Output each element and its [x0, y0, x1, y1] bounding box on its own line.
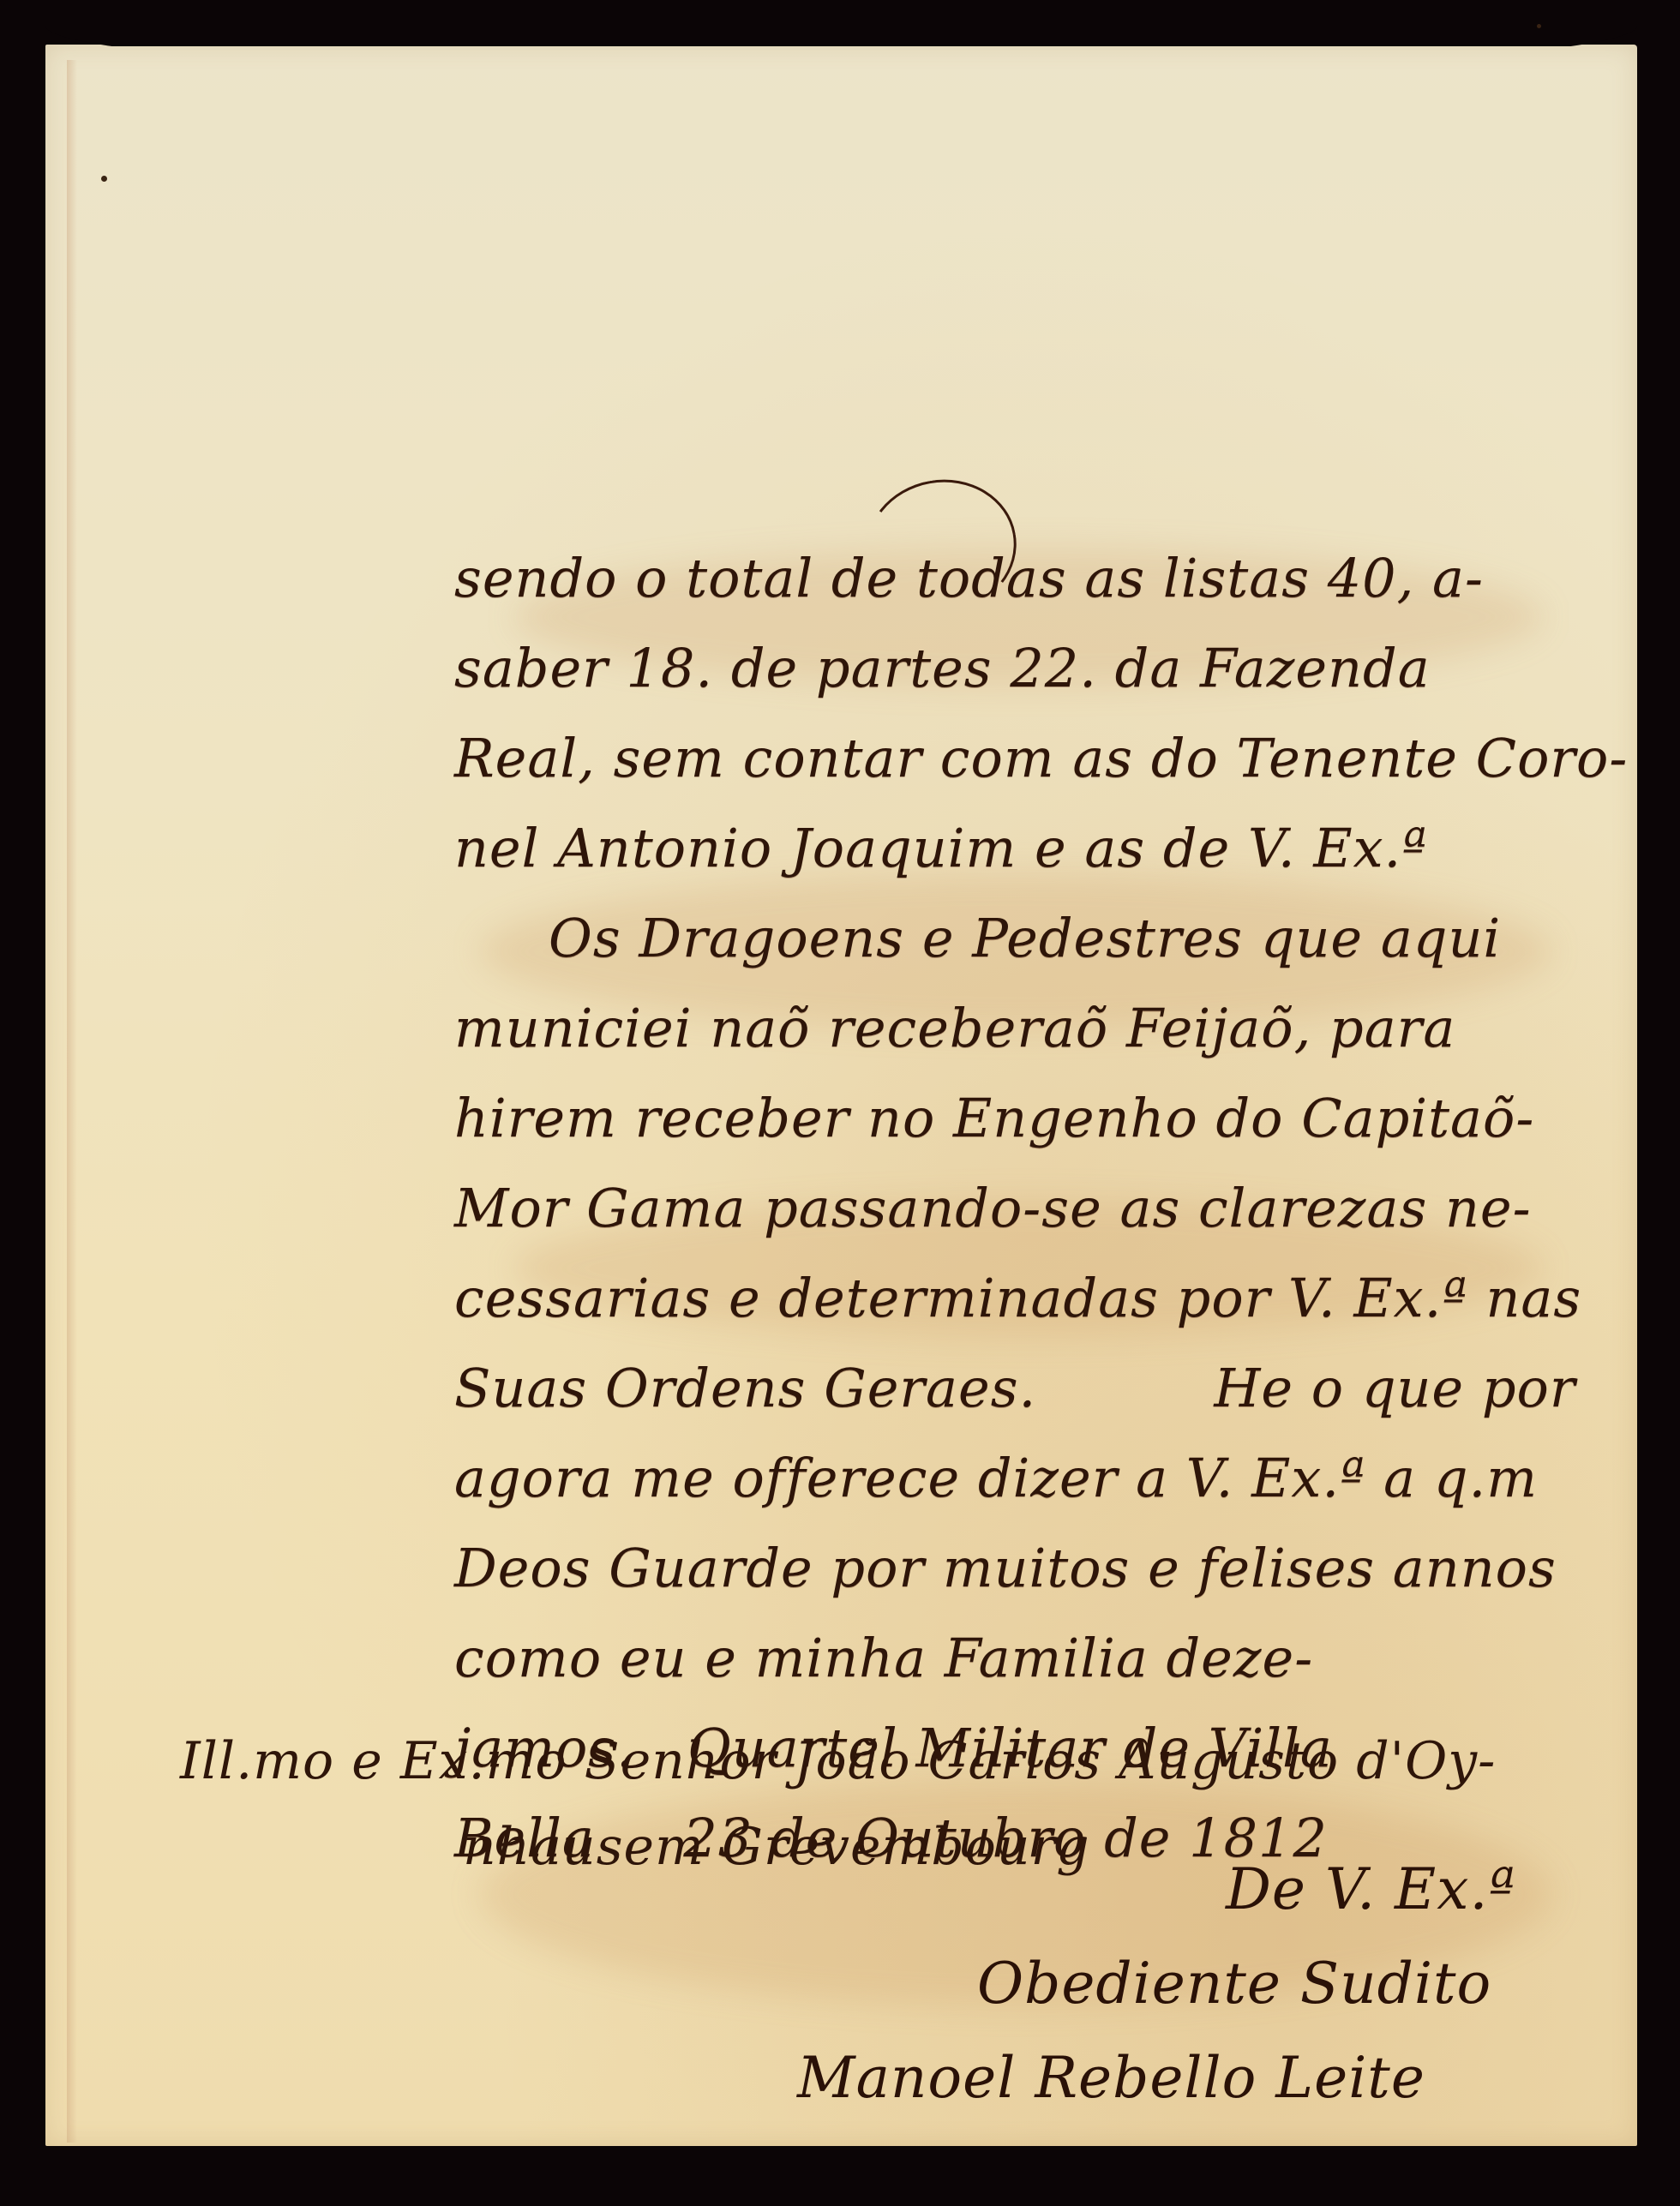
- closing-obedient: Obediente Sudito: [746, 1937, 1637, 2031]
- body-line: nel Antonio Joaquim e as de V. Ex.ª: [454, 803, 1620, 893]
- body-line: hirem receber no Engenho do Capitaõ-: [454, 1073, 1620, 1163]
- body-line: Real, sem contar com as do Tenente Coro-: [454, 713, 1620, 803]
- ink-spot: [1537, 24, 1541, 28]
- body-line: agora me offerece dizer a V. Ex.ª a q.m: [454, 1433, 1620, 1523]
- body-line: saber 18. de partes 22. da Fazenda: [454, 623, 1620, 713]
- closing-salutation: De V. Ex.ª: [746, 1843, 1637, 1937]
- body-line: Suas Ordens Geraes. He o que por: [454, 1343, 1620, 1433]
- letter-body: sendo o total de todas as listas 40, a- …: [454, 533, 1620, 1883]
- signature-name: Manoel Rebello Leite: [746, 2031, 1637, 2125]
- body-line: Deos Guarde por muitos e felises annos: [454, 1523, 1620, 1613]
- ink-spot: [101, 176, 107, 182]
- body-line: Os Dragoens e Pedestres que aqui: [454, 893, 1620, 983]
- binding-fold: [67, 60, 77, 2143]
- body-line: Mor Gama passando-se as clarezas ne-: [454, 1163, 1620, 1253]
- body-line: cessarias e determinadas por V. Ex.ª nas: [454, 1253, 1620, 1343]
- addressee-line: Ill.mo e Ex.mo Senhor João Carlos August…: [180, 1718, 1637, 1804]
- body-line: como eu e minha Familia deze-: [454, 1613, 1620, 1703]
- body-line: municiei naõ receberaõ Feijaõ, para: [454, 983, 1620, 1073]
- signature-block: De V. Ex.ª Obediente Sudito Manoel Rebel…: [746, 1843, 1637, 2125]
- body-line: sendo o total de todas as listas 40, a-: [454, 533, 1620, 623]
